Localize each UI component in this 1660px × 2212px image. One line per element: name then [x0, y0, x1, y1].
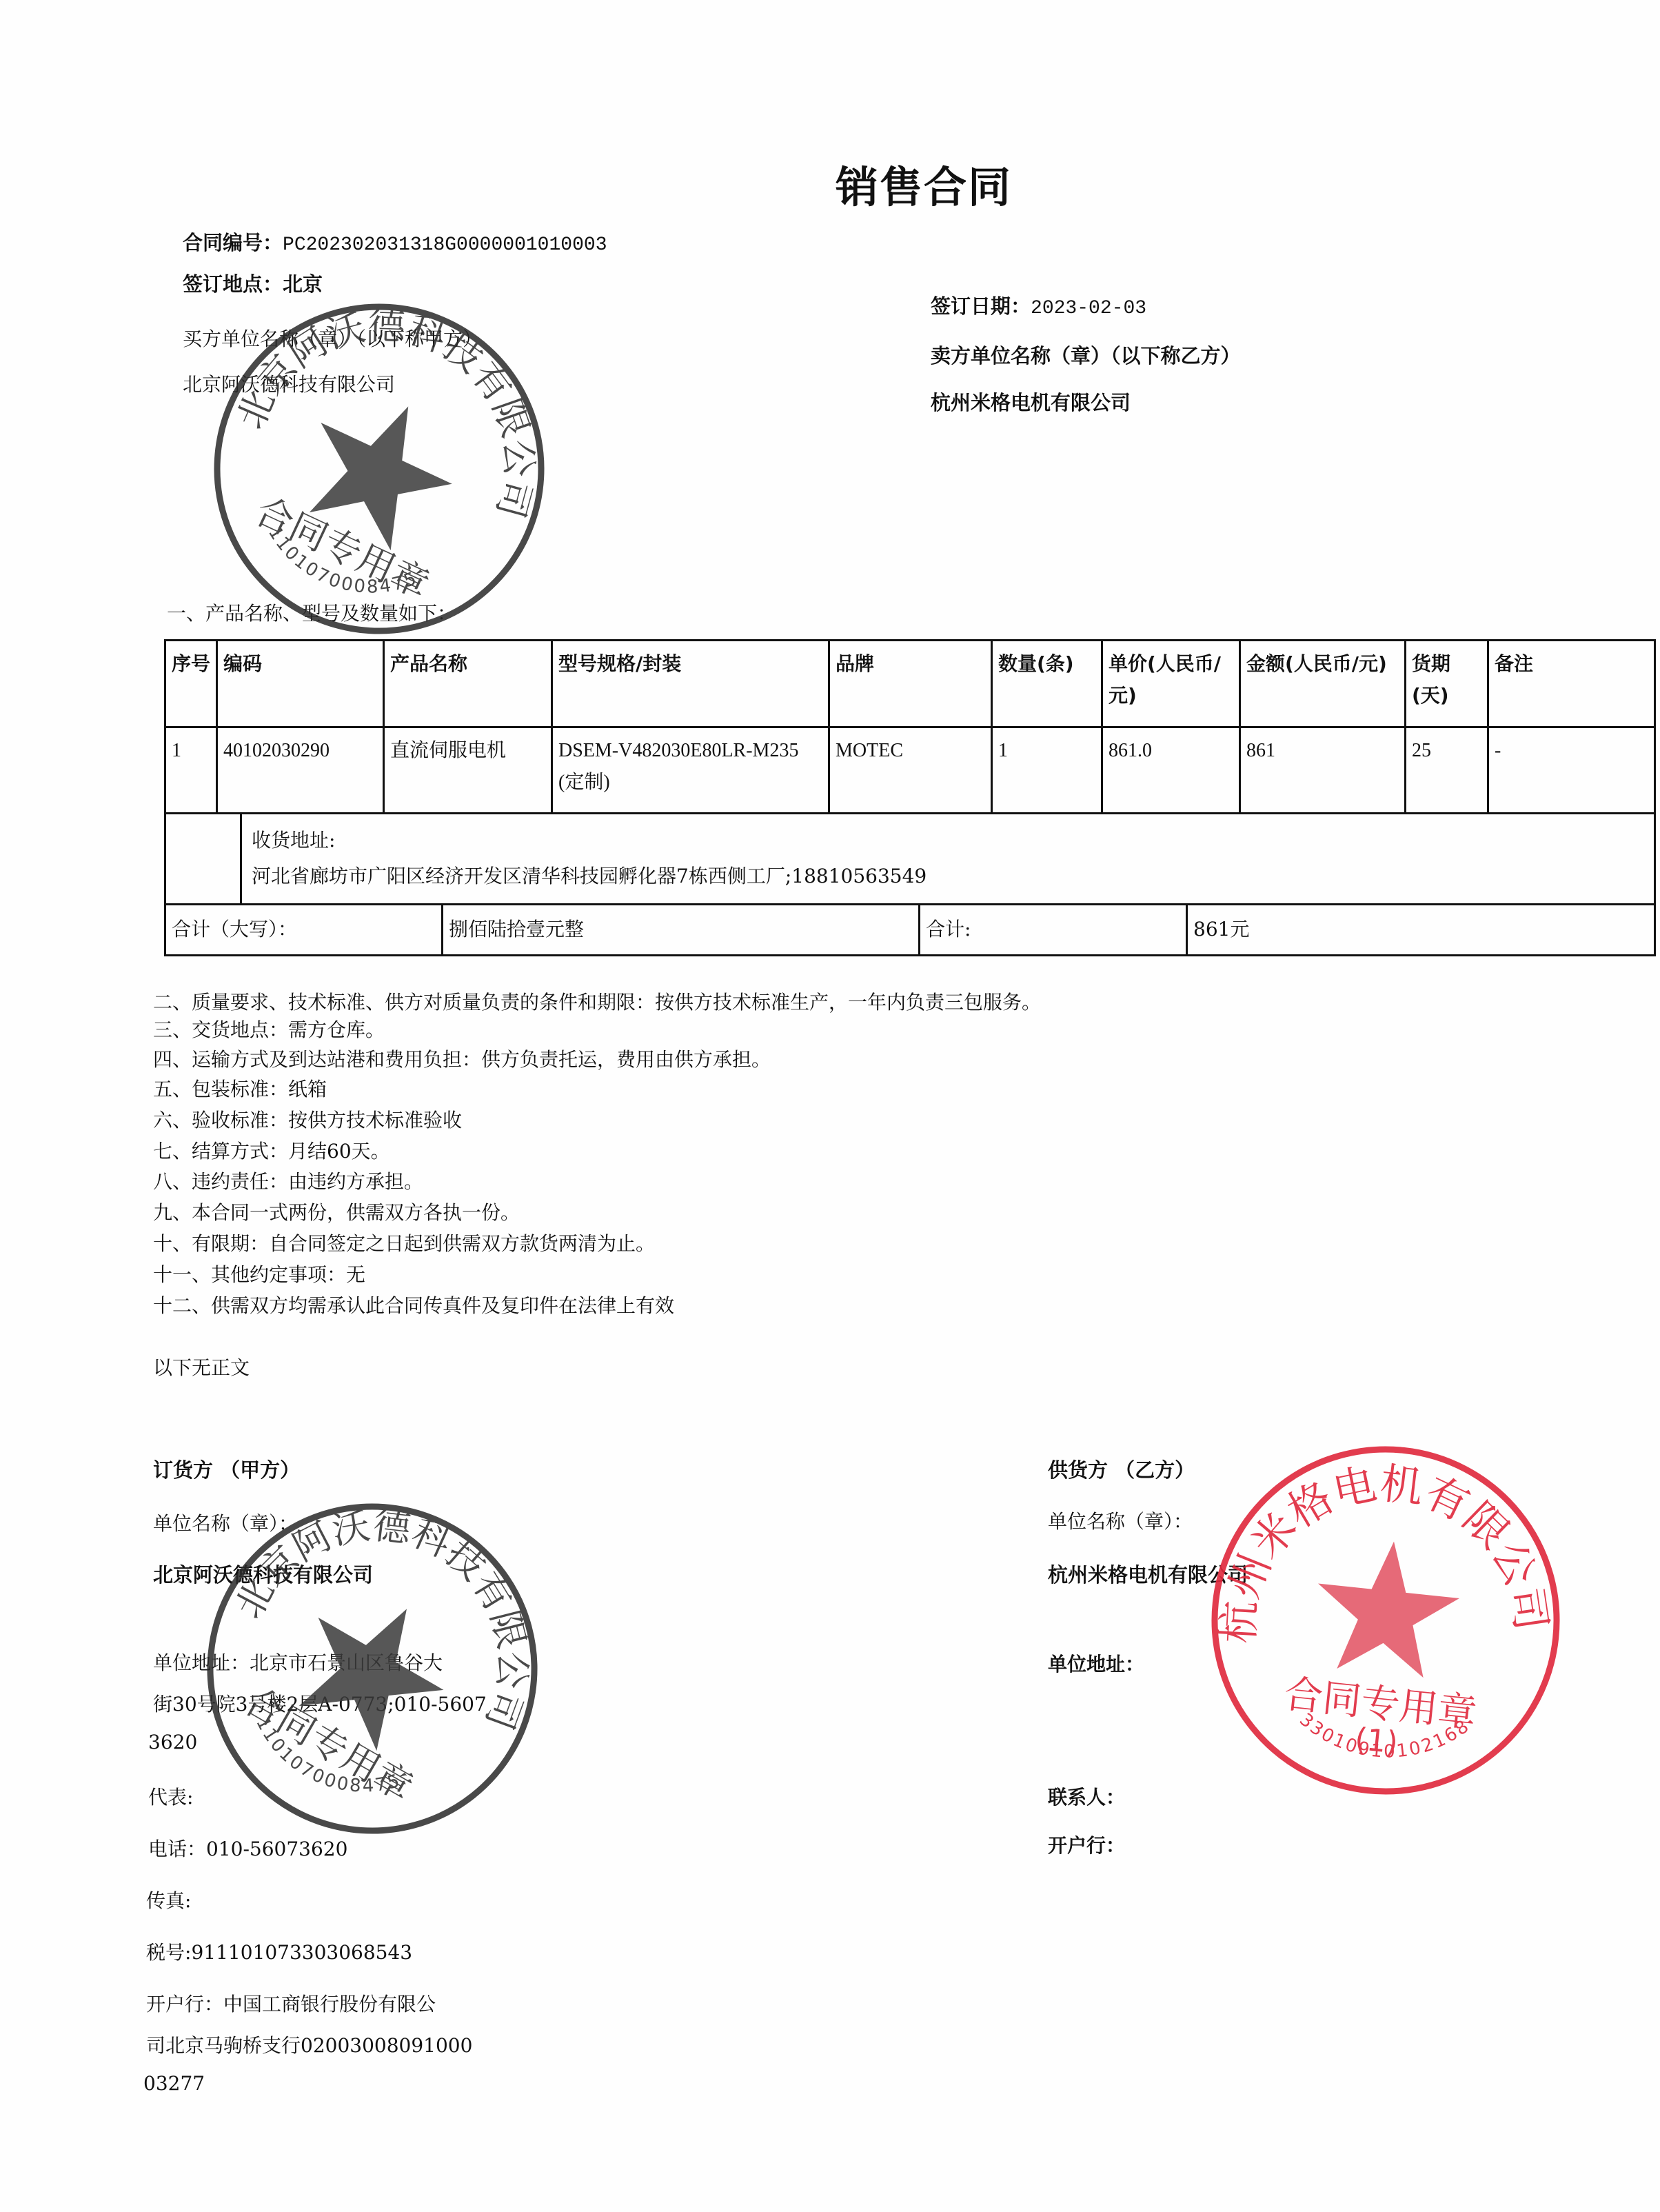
- buyer-phone: 电话：010-56073620: [148, 1834, 347, 1862]
- end-note: 以下无正文: [153, 1353, 250, 1380]
- buyer-phone-value: 010-56073620: [206, 1838, 347, 1860]
- sign-place-value: 北京: [283, 272, 323, 296]
- buyer-phone-label: 电话：: [148, 1838, 206, 1860]
- star-icon: [285, 376, 474, 562]
- seller-block-heading: 供货方 （乙方）: [1048, 1455, 1195, 1483]
- col-header-model: 型号规格/封装: [553, 641, 830, 726]
- seller-address-label: 单位地址：: [1048, 1649, 1144, 1677]
- seller-contract-stamp: 杭州米格电机有限公司 合同专用章 (1) 3301091010216​8: [1203, 1438, 1568, 1803]
- clause-10: 十、有限期：自合同签定之日起到供需双方款货两清为止。: [153, 1229, 655, 1256]
- cell-code: 40102030290: [218, 728, 385, 812]
- clause-6: 六、验收标准：按供方技术标准验收: [153, 1105, 462, 1133]
- buyer-bank-line3: 03277: [143, 2072, 205, 2095]
- clause-12: 十二、供需双方均需承认此合同传真件及复印件在法律上有效: [153, 1291, 674, 1318]
- table-header-row: 序号 编码 产品名称 型号规格/封装 品牌 数量(条) 单价(人民币/元) 金额…: [166, 641, 1654, 728]
- cell-amount: 861: [1241, 728, 1406, 812]
- sign-place: 签订地点：北京: [183, 269, 323, 297]
- clause-11: 十一、其他约定事项：无: [153, 1260, 365, 1287]
- delivery-address-cell: 收货地址: 河北省廊坊市广阳区经济开发区清华科技园孵化器7栋西侧工厂;18810…: [242, 814, 1654, 903]
- buyer-address-line1: 单位地址：北京市石景山区鲁谷大: [153, 1648, 443, 1676]
- col-header-unit-price: 单价(人民币/元): [1103, 641, 1241, 726]
- buyer-tax-value: 91110107330306854​3: [191, 1941, 412, 1964]
- total-capital-label: 合计（大写）：: [166, 905, 443, 954]
- col-header-lead-time: 货期(天): [1406, 641, 1489, 726]
- clause-7: 七、结算方式：月结60天。: [153, 1136, 390, 1164]
- total-label: 合计:: [920, 905, 1188, 954]
- clause-3: 三、交货地点：需方仓库。: [153, 1015, 385, 1043]
- col-header-remark: 备注: [1489, 641, 1654, 726]
- buyer-address-line2: 街30号院3号楼2层A-0773;010-5607: [153, 1689, 487, 1717]
- contract-number-label: 合同编号：: [183, 231, 283, 254]
- star-icon: [1310, 1534, 1465, 1680]
- cell-model: DSEM-V482030E80LR-M235(定制): [553, 728, 830, 812]
- seller-name: 杭州米格电机有限公司: [931, 388, 1131, 416]
- seller-unit-name-label: 单位名称（章）：: [1048, 1507, 1193, 1534]
- buyer-name: 北京阿沃德科技有限公司: [183, 370, 395, 397]
- cell-lead-time: 25: [1406, 728, 1489, 812]
- seller-bank-label: 开户行：: [1048, 1831, 1125, 1858]
- delivery-address-label: 收货地址:: [252, 823, 1644, 858]
- col-header-code: 编码: [218, 641, 385, 726]
- buyer-tax-label: 税号:: [146, 1941, 191, 1964]
- col-header-seq: 序号: [166, 641, 218, 726]
- cell-seq: 1: [166, 728, 218, 812]
- delivery-address-value: 河北省廊坊市广阳区经济开发区清华科技园孵化器7栋西侧工厂;18810563549: [252, 858, 1644, 894]
- cell-name: 直流伺服电机: [385, 728, 553, 812]
- stamp-center-text: 合同专用章: [249, 489, 436, 607]
- clause-5: 五、包装标准：纸箱: [153, 1074, 327, 1102]
- stamp-ring-text: 杭州米格电机有限公司: [1211, 1442, 1568, 1678]
- section1-heading: 一、产品名称、型号及数量如下：: [167, 599, 456, 626]
- clause-4: 四、运输方式及到达站港和费用负担：供方负责托运，费用由供方承担。: [153, 1045, 771, 1072]
- contract-number: 合同编号：PC202302031318G0000001010003: [183, 228, 607, 256]
- total-capital-value: 捌佰陆拾壹元整: [443, 905, 920, 954]
- total-value: 861元: [1188, 905, 1654, 954]
- stamp-center-text: 合同专用章: [1282, 1671, 1479, 1736]
- cell-brand: MOTEC: [830, 728, 993, 812]
- document-title: 销售合同: [836, 153, 1012, 214]
- cell-qty: 1: [993, 728, 1103, 812]
- buyer-block-heading: 订货方 （甲方）: [153, 1455, 300, 1483]
- buyer-unit-name: 北京阿沃德科技有限公司: [153, 1560, 373, 1588]
- clause-8: 八、违约责任：由违约方承担。: [153, 1167, 423, 1194]
- col-header-name: 产品名称: [385, 641, 553, 726]
- clause-9: 九、本合同一式两份，供需双方各执一份。: [153, 1198, 520, 1225]
- seller-unit-name: 杭州米格电机有限公司: [1048, 1560, 1248, 1588]
- buyer-address-line3: 3620: [148, 1731, 197, 1753]
- cell-remark: -: [1489, 728, 1654, 812]
- address-spacer-cell: [166, 814, 242, 903]
- buyer-fax-label: 传真:: [146, 1886, 191, 1913]
- col-header-brand: 品牌: [830, 641, 993, 726]
- sign-date-label: 签订日期：: [931, 294, 1031, 318]
- cell-unit-price: 861.0: [1103, 728, 1241, 812]
- stamp-ring-text: 北京阿沃德科技有限公司: [225, 1496, 545, 1764]
- col-header-amount: 金额(人民币/元): [1241, 641, 1406, 726]
- buyer-unit-name-label: 单位名称（章）：: [153, 1509, 298, 1536]
- contract-number-value: PC202302031318G0000001010003: [283, 234, 607, 256]
- buyer-bank-line2: 司北京马驹桥支行02003008091000: [146, 2031, 472, 2058]
- product-table: 序号 编码 产品名称 型号规格/封装 品牌 数量(条) 单价(人民币/元) 金额…: [164, 639, 1656, 956]
- stamp-sub-text: (1): [1353, 1721, 1399, 1760]
- table-row: 1 40102030290 直流伺服电机 DSEM-V482030E80LR-M…: [166, 728, 1654, 814]
- buyer-tax: 税号:91110107330306854​3: [146, 1938, 412, 1965]
- buyer-representative-label: 代表:: [148, 1782, 193, 1810]
- col-header-qty: 数量(条): [993, 641, 1103, 726]
- seller-contact-label: 联系人：: [1048, 1782, 1125, 1810]
- sign-place-label: 签订地点：: [183, 272, 283, 296]
- total-row: 合计（大写）： 捌佰陆拾壹元整 合计: 861元: [166, 905, 1654, 954]
- sign-date: 签订日期：2023-02-03: [931, 291, 1146, 319]
- clause-2: 二、质量要求、技术标准、供方对质量负责的条件和期限：按供方技术标准生产，一年内负…: [153, 987, 1041, 1015]
- seller-label: 卖方单位名称（章）（以下称乙方）: [931, 341, 1241, 369]
- buyer-label: 买方单位名称（章）（以下称甲方）: [183, 324, 482, 352]
- buyer-bank-line1: 开户行：中国工商银行股份有限公: [146, 1989, 436, 2017]
- sign-date-value: 2023-02-03: [1031, 298, 1146, 319]
- stamp-code: 3301091010216​8: [1293, 1698, 1476, 1772]
- delivery-address-row: 收货地址: 河北省廊坊市广阳区经济开发区清华科技园孵化器7栋西侧工厂;18810…: [166, 814, 1654, 905]
